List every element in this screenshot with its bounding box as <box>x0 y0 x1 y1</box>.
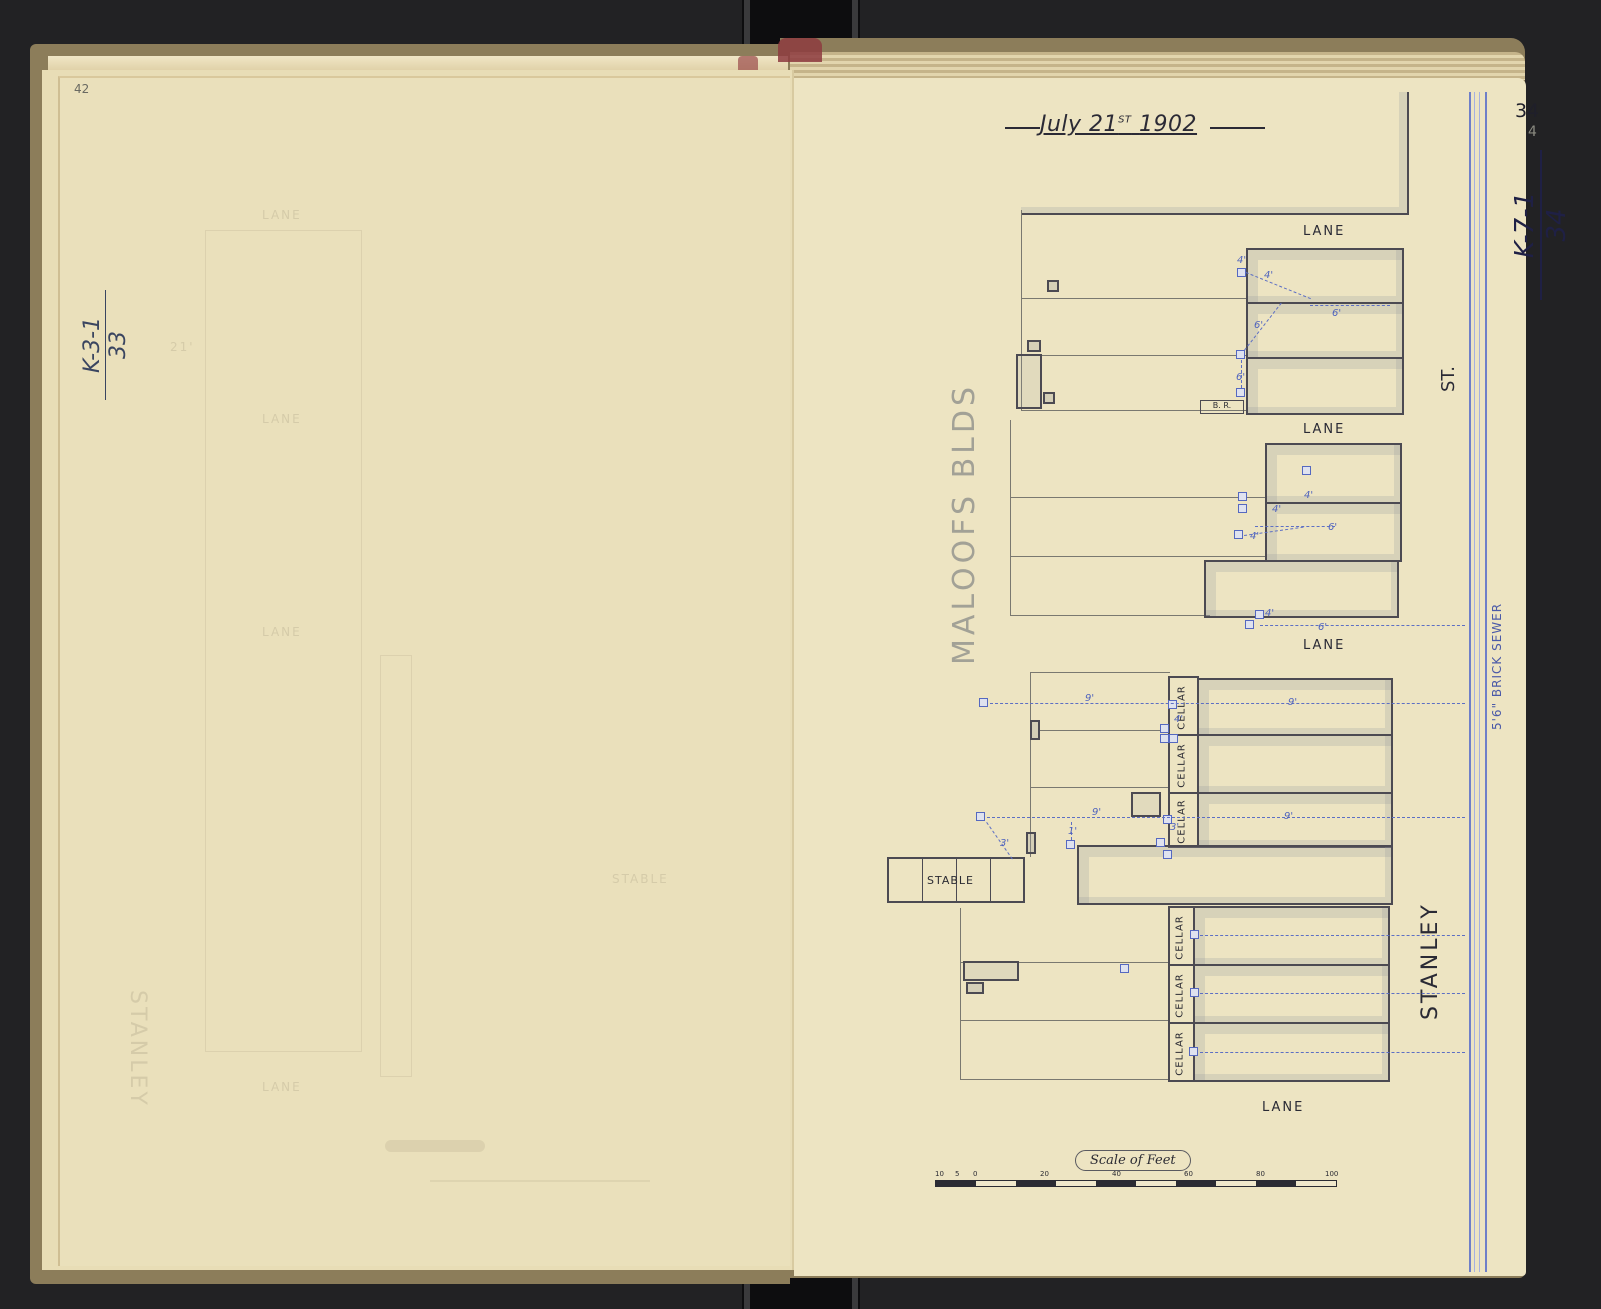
outbuilding <box>1043 392 1055 404</box>
sewer-connection <box>1200 1052 1465 1053</box>
sewer-connection <box>1200 935 1465 936</box>
outbuilding <box>1027 340 1041 352</box>
stable-label: STABLE <box>927 874 974 887</box>
ghost-scale-bar <box>430 1180 650 1182</box>
dimension-label: 4' <box>1265 608 1274 619</box>
right-page <box>794 78 1526 1276</box>
lot-line <box>1010 420 1011 615</box>
manhole-icon <box>1302 466 1311 475</box>
right-ref-denominator: 34 <box>1542 208 1572 241</box>
manhole-icon <box>1238 492 1247 501</box>
dimension-label: 4' <box>1174 714 1183 725</box>
building <box>1265 443 1402 504</box>
dimension-label: 9' <box>1284 811 1293 822</box>
dimension-label: 4' <box>1272 504 1281 515</box>
dimension-label: 9' <box>1092 807 1101 818</box>
corner-block-outline <box>1021 92 1409 215</box>
building <box>1077 845 1393 905</box>
scale-title: Scale of Feet <box>1075 1150 1191 1171</box>
cellar-label: CELLAR <box>1175 1031 1186 1075</box>
sewer-connection <box>1200 993 1465 994</box>
scale-tick: 60 <box>1184 1170 1193 1178</box>
dimension-label: 4' <box>1237 255 1246 266</box>
ghost-dim: 21' <box>170 340 195 354</box>
ghost-scale-ornament <box>385 1140 485 1152</box>
scale-tick: 10 <box>935 1170 944 1178</box>
outbuilding <box>966 982 984 994</box>
manhole-icon <box>1245 620 1254 629</box>
left-ref-denominator: 33 <box>106 331 131 359</box>
lane-label-2: LANE <box>1303 422 1345 437</box>
sewer-connection <box>990 703 1465 704</box>
lot-line <box>1010 615 1210 616</box>
outbuilding <box>1016 354 1042 409</box>
ghost-lane-1: LANE <box>262 208 302 222</box>
building <box>1204 560 1399 618</box>
sewer-connection <box>1241 360 1242 388</box>
manhole-icon <box>1169 734 1178 743</box>
br-building: B. R. <box>1200 400 1244 414</box>
dimension-label: 1' <box>1068 826 1077 837</box>
outbuilding <box>1047 280 1059 292</box>
cellar-label: CELLAR <box>1175 973 1186 1017</box>
left-ref-numerator: K-3-1 <box>80 290 106 400</box>
sewer-line-right <box>1485 92 1487 1272</box>
manhole-icon <box>1234 530 1243 539</box>
left-reference-fraction: K-3-1 33 <box>80 290 131 400</box>
cellar-building: CELLAR <box>1168 792 1199 848</box>
manhole-icon <box>1238 504 1247 513</box>
manhole-icon <box>979 698 988 707</box>
manhole-icon <box>1189 1047 1198 1056</box>
scale-tick: 100 <box>1325 1170 1338 1178</box>
manhole-icon <box>1160 724 1169 733</box>
manhole-icon <box>1236 388 1245 397</box>
scale-tick: 20 <box>1040 1170 1049 1178</box>
stable-partition <box>990 859 991 901</box>
scale-tick: 40 <box>1112 1170 1121 1178</box>
dimension-label: 6' <box>1332 308 1341 319</box>
scale-tick: 0 <box>973 1170 977 1178</box>
manhole-icon <box>1120 964 1129 973</box>
manhole-icon <box>1160 734 1169 743</box>
dimension-label: 6' <box>1328 522 1337 533</box>
scale-tick: 5 <box>955 1170 959 1178</box>
lot-line <box>1040 730 1170 731</box>
sewer-line-inner <box>1479 92 1480 1272</box>
lot-line <box>1030 787 1170 788</box>
sewer-label: 5'6" BRICK SEWER <box>1490 603 1504 730</box>
manhole-icon <box>1168 700 1177 709</box>
right-ref-numerator: K-7-1 <box>1510 150 1542 300</box>
stable-building: STABLE <box>887 857 1025 903</box>
dimension-label: 3' <box>1170 822 1179 833</box>
dimension-label: 6' <box>1318 622 1327 633</box>
lot-line <box>1030 672 1031 857</box>
page-pencil-mark: 4 <box>1528 124 1537 140</box>
manhole-icon <box>1156 838 1165 847</box>
ghost-lane-4: LANE <box>262 1080 302 1094</box>
stable-partition <box>922 859 923 901</box>
manhole-icon <box>1236 350 1245 359</box>
ghost-block-outline <box>205 230 362 1052</box>
lane-label-3: LANE <box>1303 638 1345 653</box>
manhole-icon <box>1255 610 1264 619</box>
street-name-label: STANLEY <box>1418 902 1443 1020</box>
building <box>1246 357 1404 415</box>
lane-label-4: LANE <box>1262 1100 1304 1115</box>
sewer-connection <box>987 817 1465 818</box>
building <box>1246 302 1404 359</box>
building <box>1193 964 1390 1024</box>
left-page-surface <box>58 76 790 1266</box>
sewer-line-inner <box>1474 92 1475 1272</box>
cellar-label: CELLAR <box>1175 915 1186 959</box>
sewer-line-left <box>1469 92 1471 1272</box>
outbuilding <box>1131 792 1161 817</box>
outbuilding <box>963 961 1019 981</box>
sewer-connection <box>1310 305 1390 306</box>
building <box>1197 792 1393 848</box>
ghost-column-outline <box>380 655 412 1077</box>
cellar-building: CELLAR <box>1168 734 1199 794</box>
dimension-label: 9' <box>1085 693 1094 704</box>
left-corner-pencil-mark: 42 <box>74 82 89 96</box>
lot-line <box>1030 672 1170 673</box>
lot-line <box>1010 556 1265 557</box>
ghost-stanley: STANLEY <box>125 990 150 1108</box>
dimension-label: 9' <box>1288 697 1297 708</box>
lot-line <box>1021 298 1246 299</box>
manhole-icon <box>1190 930 1199 939</box>
red-bookmark-ribbon <box>778 38 822 62</box>
right-page-edges <box>790 52 1525 80</box>
pencil-annotation: MALOOFS BLDS <box>947 383 982 665</box>
dimension-label: 3' <box>1000 838 1009 849</box>
outbuilding <box>1030 720 1040 740</box>
manhole-icon <box>976 812 985 821</box>
scale-bar <box>935 1180 1337 1187</box>
scale-tick: 80 <box>1256 1170 1265 1178</box>
lot-line <box>1021 355 1246 356</box>
building <box>1197 734 1393 794</box>
street-suffix-label: ST. <box>1438 366 1459 392</box>
ghost-stable: STABLE <box>612 872 669 886</box>
manhole-icon <box>1190 988 1199 997</box>
lot-line <box>1010 497 1265 498</box>
sewer-connection <box>1260 625 1465 626</box>
outbuilding <box>1026 832 1036 854</box>
dimension-label: 4' <box>1304 490 1313 501</box>
lot-line <box>960 908 961 1080</box>
cellar-label: CELLAR <box>1177 743 1188 787</box>
lane-label-1: LANE <box>1303 224 1345 239</box>
lot-line <box>960 1079 1170 1080</box>
manhole-icon <box>1163 850 1172 859</box>
manhole-icon <box>1066 840 1075 849</box>
building <box>1193 906 1390 966</box>
lot-line <box>960 1020 1170 1021</box>
page-number: 34 <box>1515 100 1539 122</box>
right-reference-fraction: K-7-1 34 <box>1510 150 1572 300</box>
